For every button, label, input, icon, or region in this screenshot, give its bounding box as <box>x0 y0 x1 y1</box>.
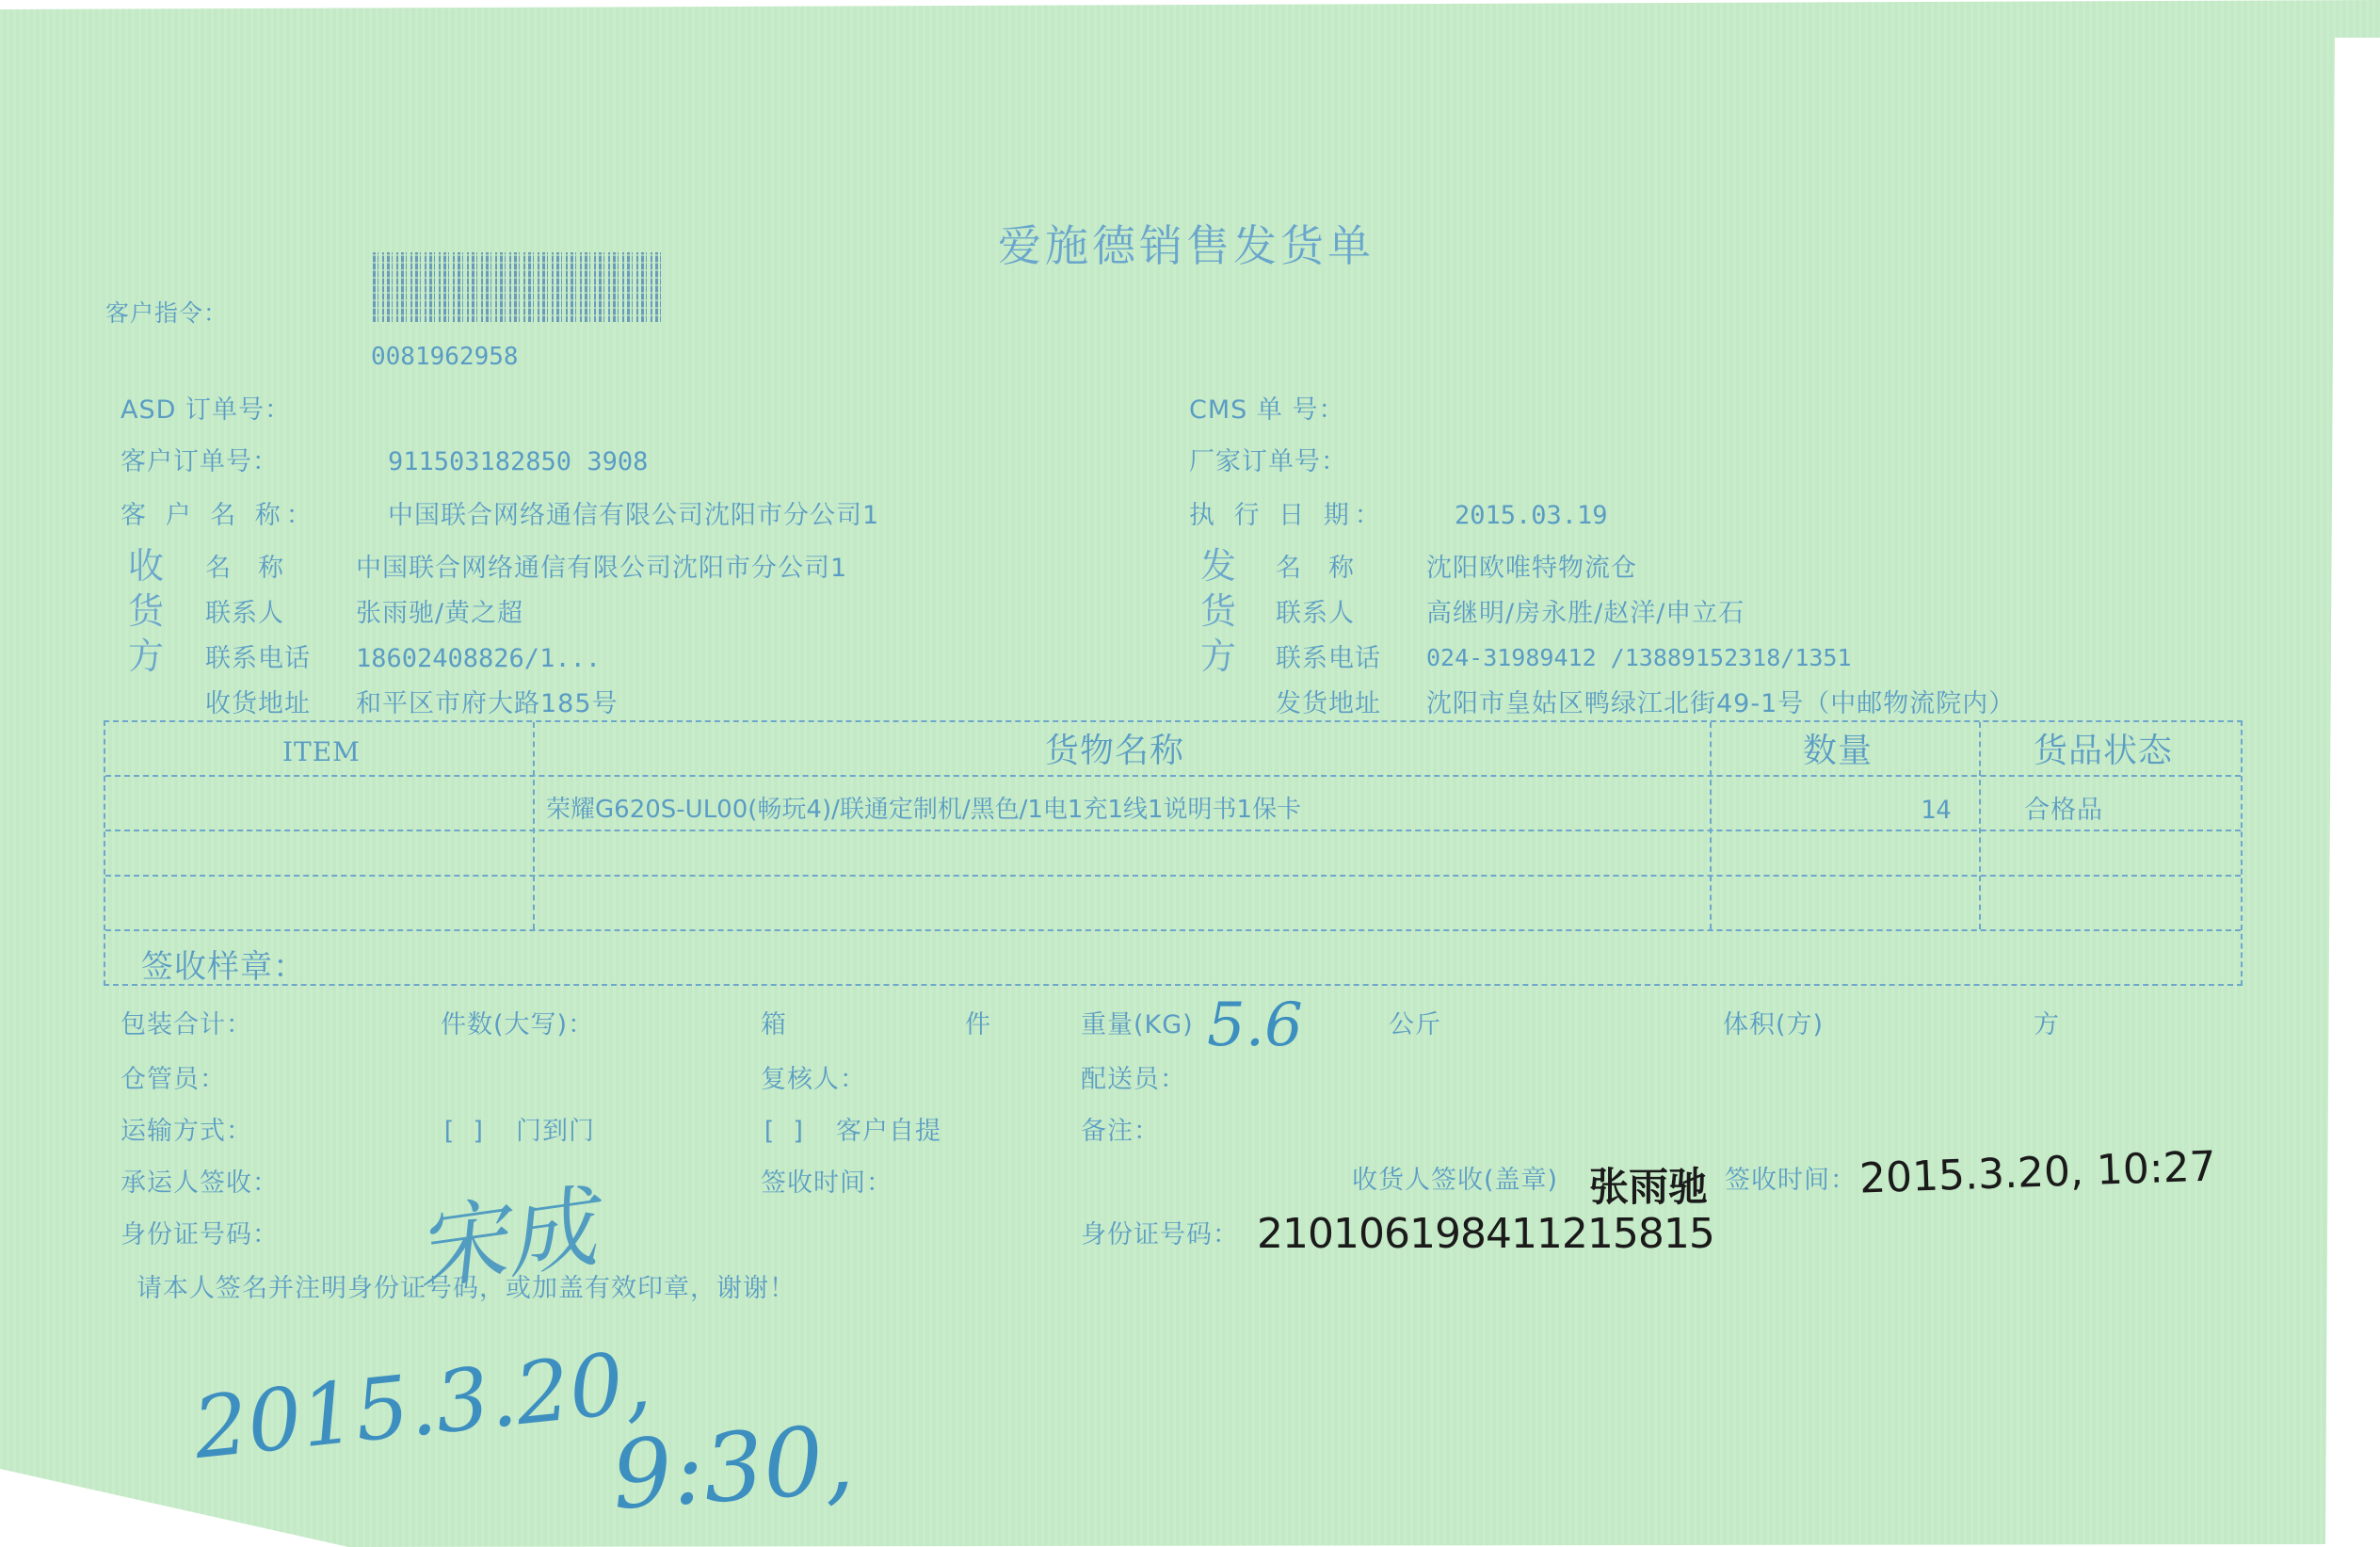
exec-date-label: 执 行 日 期： <box>1189 503 1386 528</box>
asd-order-label: ASD 订单号： <box>121 397 291 423</box>
carrier-sign-time-label: 签收时间： <box>761 1170 892 1196</box>
consignee-contact-label: 联系人 <box>205 601 284 626</box>
customer-instruction-label: 客户指令： <box>105 301 228 325</box>
consignee-id-handwritten: 210106198411215815 <box>1257 1210 1714 1258</box>
consignee-name-label: 名 称 <box>205 556 284 581</box>
shipper-name-label: 名 称 <box>1276 556 1355 581</box>
consignee-phone-label: 联系电话 <box>205 646 311 671</box>
consignee-signature: 张雨驰 <box>1589 1156 1708 1213</box>
carrier-sign-label: 承运人签收： <box>121 1170 279 1196</box>
col-header-item: ITEM <box>282 739 361 765</box>
door-to-door-label: 门到门 <box>516 1119 595 1144</box>
self-pickup-label: 客户自提 <box>836 1119 941 1144</box>
shipper-name-value: 沈阳欧唯特物流仓 <box>1426 556 1637 581</box>
consignee-side-char-1: 收 <box>128 548 165 584</box>
customer-order-value: 911503182850 3908 <box>388 449 648 475</box>
handwritten-time: 9:30, <box>608 1404 857 1531</box>
shipper-side-char-3: 方 <box>1200 638 1237 674</box>
carrier-id-label: 身份证号码： <box>121 1222 279 1248</box>
consignee-address-label: 收货地址 <box>205 691 311 717</box>
shipper-phone-label: 联系电话 <box>1276 646 1381 671</box>
factory-order-label: 厂家订单号： <box>1189 449 1347 475</box>
col-header-quantity: 数量 <box>1803 734 1873 768</box>
barcode-icon <box>373 252 661 322</box>
shipper-side-char-1: 发 <box>1200 548 1237 584</box>
status-cell: 合格品 <box>2024 798 2103 823</box>
consignee-time-label: 签收时间： <box>1725 1168 1857 1193</box>
door-to-door-checkbox[interactable]: [ ] <box>441 1119 487 1144</box>
shipper-contact-label: 联系人 <box>1276 601 1355 626</box>
barcode-number: 0081962958 <box>371 345 519 369</box>
transport-label: 运输方式： <box>121 1119 252 1144</box>
document-title: 爱施德销售发货单 <box>998 224 1375 267</box>
shipper-address-value: 沈阳市皇姑区鸭绿江北街49-1号（中邮物流院内） <box>1426 691 2015 717</box>
goods-name-cell: 荣耀G620S-UL00(畅玩4)/联通定制机/黑色/1电1充1线1说明书1保卡 <box>546 798 1301 822</box>
consignee-id-label: 身份证号码： <box>1081 1222 1239 1248</box>
pieces-upper-label: 件数(大写)： <box>441 1012 594 1038</box>
self-pickup-checkbox[interactable]: [ ] <box>761 1119 807 1144</box>
consignee-side-char-2: 货 <box>128 593 165 629</box>
box-label: 箱 <box>761 1012 787 1038</box>
shipper-contact-value: 高继明/房永胜/赵洋/申立石 <box>1426 601 1745 626</box>
deliverer-label: 配送员： <box>1081 1067 1186 1092</box>
customer-name-value: 中国联合网络通信有限公司沈阳市分公司1 <box>388 503 879 528</box>
consignee-phone-value: 18602408826/1... <box>356 646 601 671</box>
consignee-contact-value: 张雨驰/黄之超 <box>356 601 523 626</box>
consignee-side-char-3: 方 <box>128 638 165 674</box>
warehouse-keeper-label: 仓管员： <box>121 1067 226 1092</box>
col-header-goods-name: 货物名称 <box>1045 734 1184 768</box>
consignee-address-value: 和平区市府大路185号 <box>356 691 619 717</box>
piece-label: 件 <box>965 1012 991 1038</box>
stamp-label: 签收样章： <box>141 951 306 983</box>
signing-notice: 请本人签名并注明身份证号码，或加盖有效印章，谢谢！ <box>137 1276 796 1301</box>
consignee-name-value: 中国联合网络通信有限公司沈阳市分公司1 <box>356 556 847 581</box>
kg-unit: 公斤 <box>1389 1012 1441 1038</box>
consignee-sign-label: 收货人签收(盖章) <box>1352 1168 1558 1193</box>
weight-handwritten-value: 5.6 <box>1207 991 1303 1060</box>
exec-date-value: 2015.03.19 <box>1455 503 1608 528</box>
package-total-label: 包装合计： <box>121 1012 252 1038</box>
shipper-address-label: 发货地址 <box>1276 691 1381 717</box>
shipper-phone-value: 024-31989412 /13889152318/1351 <box>1426 646 1852 669</box>
cms-label: CMS 单 号： <box>1189 397 1344 423</box>
weight-label: 重量(KG) <box>1081 1012 1194 1038</box>
customer-name-label: 客 户 名 称： <box>121 503 317 528</box>
shipper-side-char-2: 货 <box>1200 593 1237 629</box>
quantity-cell: 14 <box>1921 798 1952 823</box>
volume-label: 体积(方) <box>1723 1012 1824 1038</box>
col-header-status: 货品状态 <box>2034 734 2173 768</box>
reviewer-label: 复核人： <box>761 1067 866 1092</box>
remark-label: 备注： <box>1081 1119 1160 1144</box>
volume-unit: 方 <box>2034 1012 2060 1038</box>
customer-order-label: 客户订单号： <box>121 449 279 475</box>
